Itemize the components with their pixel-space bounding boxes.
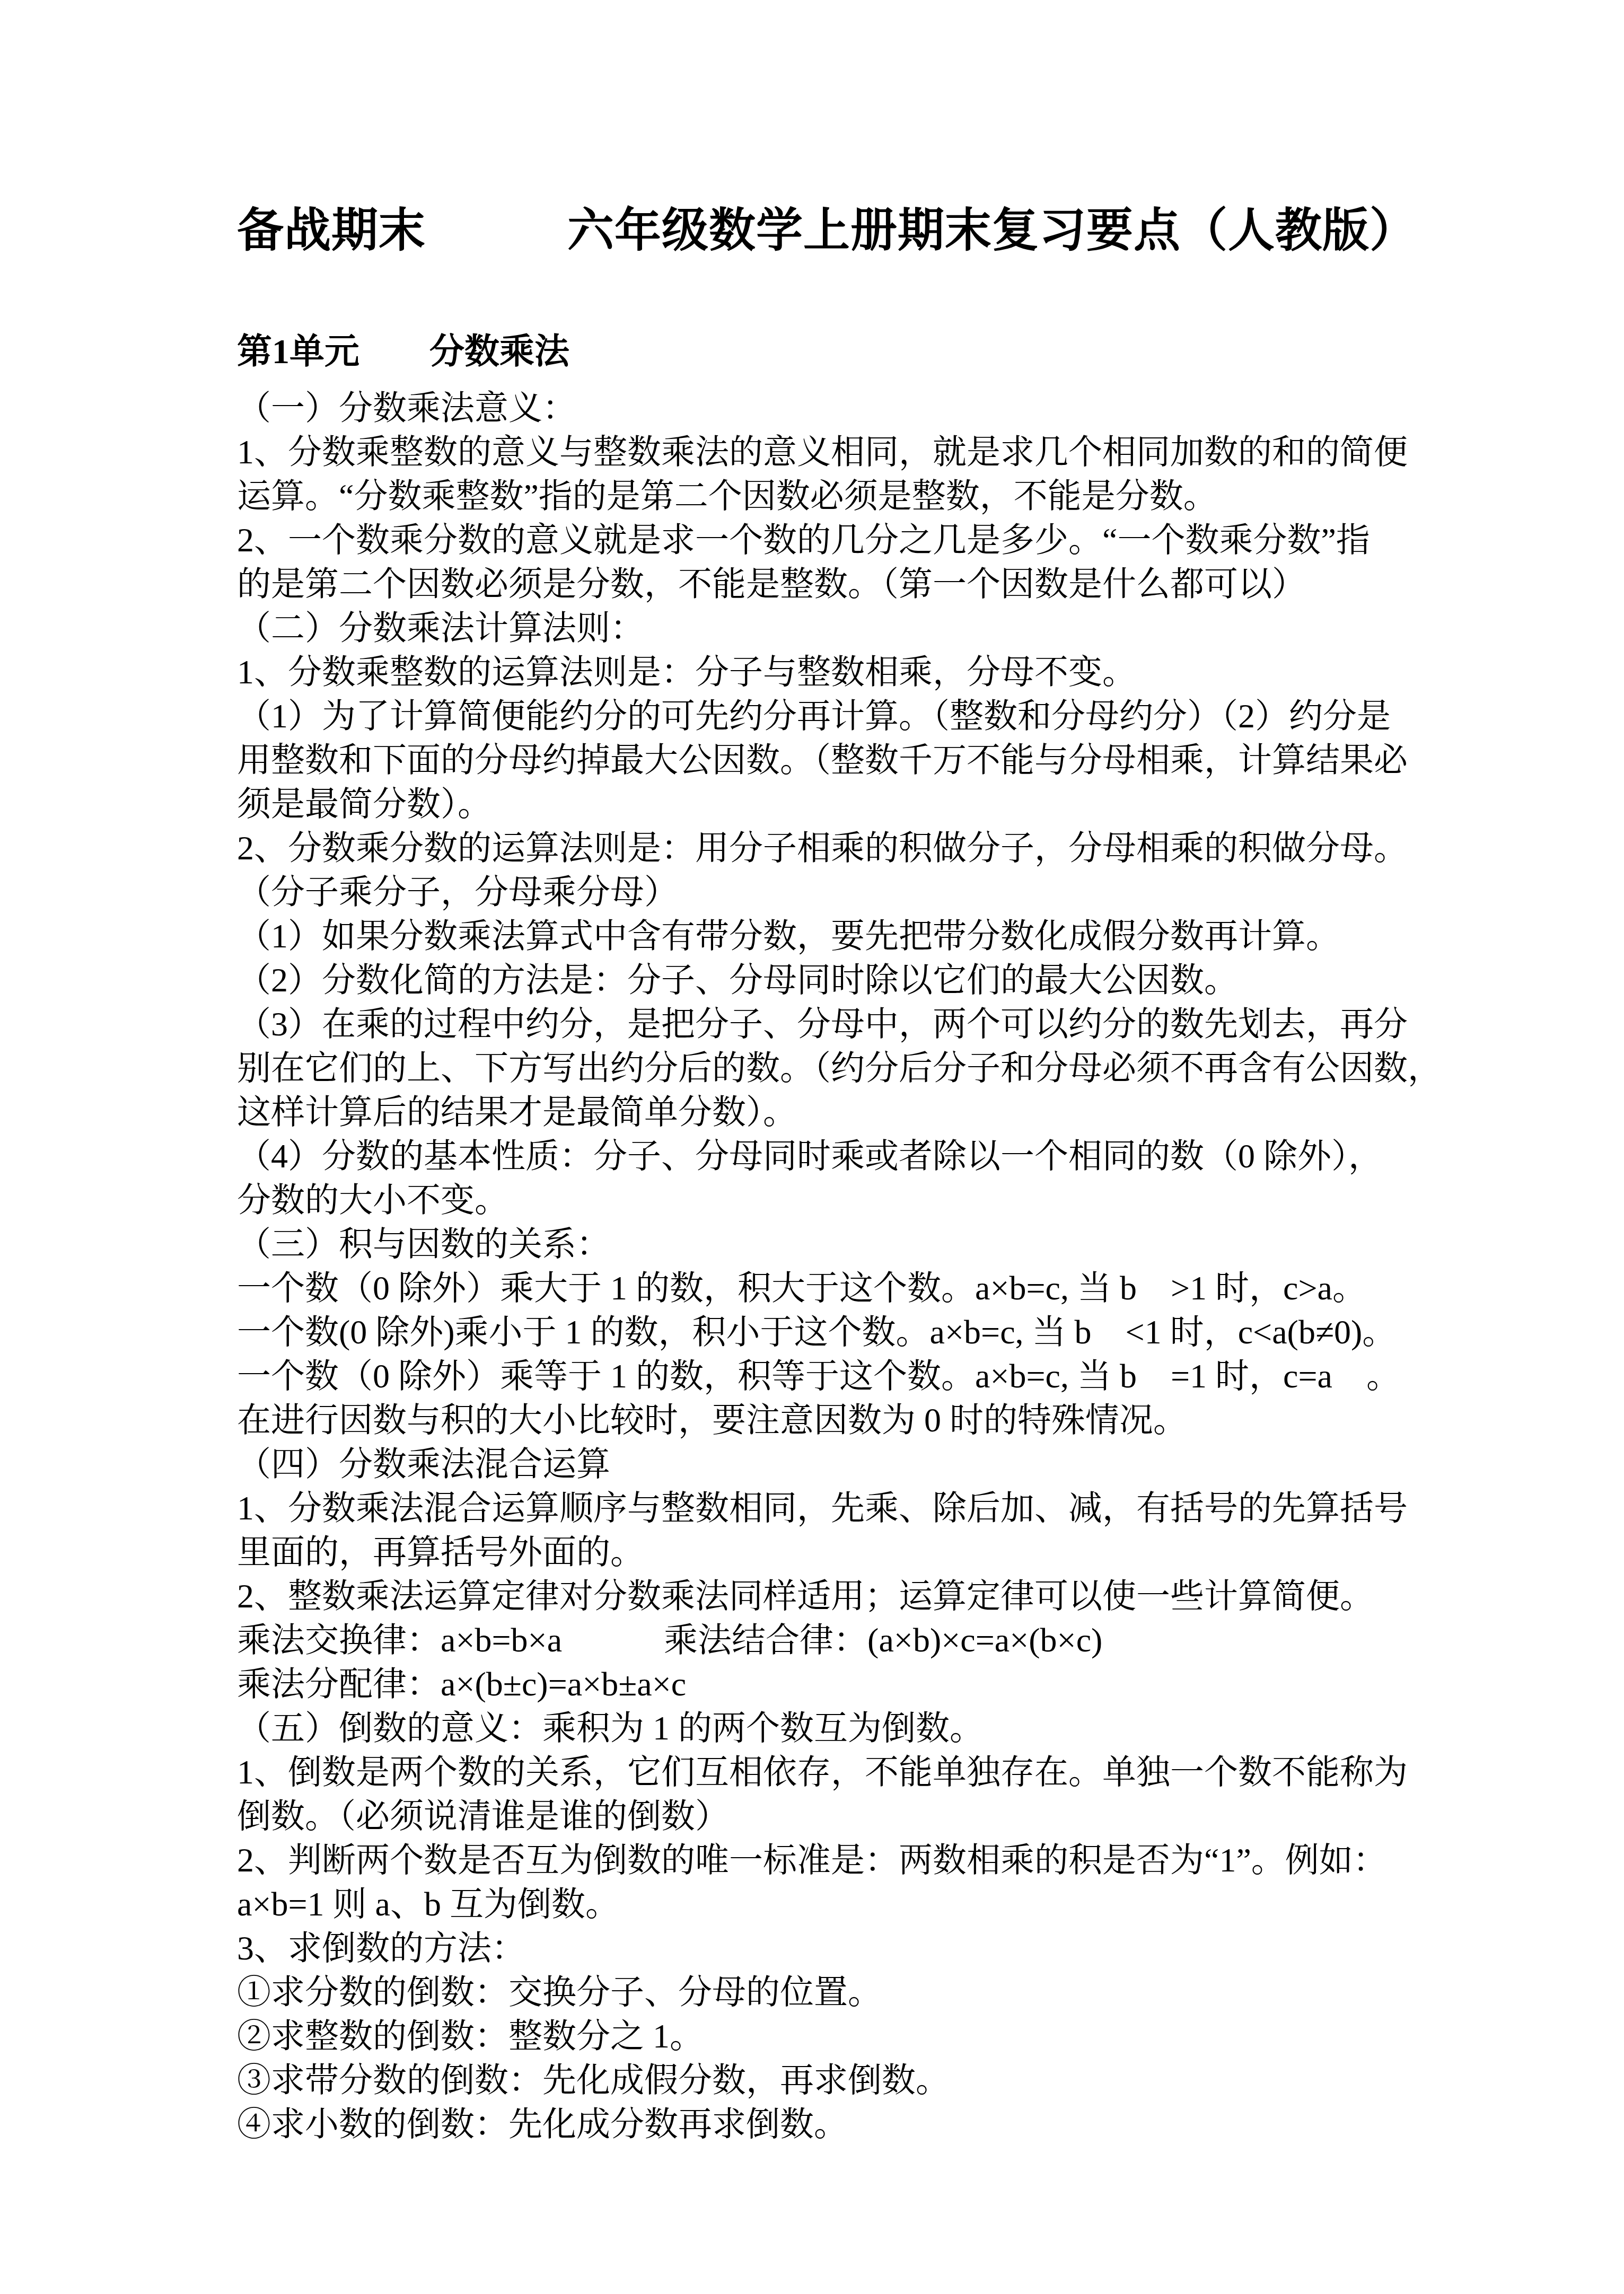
text-line: （二）分数乘法计算法则： bbox=[237, 606, 1465, 650]
document-title: 备战期末 六年级数学上册期末复习要点（人教版） bbox=[237, 204, 1465, 258]
text-line: 分数的大小不变。 bbox=[237, 1178, 1465, 1222]
text-line: （一）分数乘法意义： bbox=[237, 386, 1465, 430]
text-line: 用整数和下面的分母约掉最大公因数。（整数千万不能与分母相乘，计算结果必 bbox=[237, 738, 1465, 782]
text-line: 别在它们的上、下方写出约分后的数。（约分后分子和分母必须不再含有公因数， bbox=[237, 1046, 1465, 1090]
text-line: 3、求倒数的方法： bbox=[237, 1926, 1465, 1970]
text-line: 须是最简分数）。 bbox=[237, 782, 1465, 826]
text-line: ④求小数的倒数：先化成分数再求倒数。 bbox=[237, 2102, 1465, 2146]
text-line: 一个数(0 除外)乘小于 1 的数，积小于这个数。a×b=c, 当 b <1 时… bbox=[237, 1310, 1465, 1354]
text-line: （三）积与因数的关系： bbox=[237, 1222, 1465, 1266]
text-line: 里面的，再算括号外面的。 bbox=[237, 1530, 1465, 1574]
text-line: （2）分数化简的方法是：分子、分母同时除以它们的最大公因数。 bbox=[237, 958, 1465, 1002]
text-line: 2、整数乘法运算定律对分数乘法同样适用；运算定律可以使一些计算简便。 bbox=[237, 1574, 1465, 1618]
text-line: 乘法交换律：a×b=b×a 乘法结合律：(a×b)×c=a×(b×c) bbox=[237, 1618, 1465, 1662]
text-line: 1、分数乘法混合运算顺序与整数相同，先乘、除后加、减，有括号的先算括号 bbox=[237, 1486, 1465, 1530]
text-line: 一个数（0 除外）乘等于 1 的数，积等于这个数。a×b=c, 当 b =1 时… bbox=[237, 1354, 1465, 1398]
text-line: 的是第二个因数必须是分数，不能是整数。（第一个因数是什么都可以） bbox=[237, 562, 1465, 606]
text-line: a×b=1 则 a、b 互为倒数。 bbox=[237, 1882, 1465, 1926]
text-line: （分子乘分子，分母乘分母） bbox=[237, 870, 1465, 914]
text-line: （3）在乘的过程中约分，是把分子、分母中，两个可以约分的数先划去，再分 bbox=[237, 1002, 1465, 1046]
text-line: 1、分数乘整数的意义与整数乘法的意义相同，就是求几个相同加数的和的简便 bbox=[237, 430, 1465, 474]
text-line: （1）如果分数乘法算式中含有带分数，要先把带分数化成假分数再计算。 bbox=[237, 914, 1465, 958]
text-line: ②求整数的倒数：整数分之 1。 bbox=[237, 2014, 1465, 2058]
text-line: 1、倒数是两个数的关系，它们互相依存，不能单独存在。单独一个数不能称为 bbox=[237, 1750, 1465, 1794]
text-line: 2、分数乘分数的运算法则是：用分子相乘的积做分子，分母相乘的积做分母。 bbox=[237, 826, 1465, 870]
unit-heading: 第1单元 分数乘法 bbox=[237, 332, 1465, 372]
text-line: （1）为了计算简便能约分的可先约分再计算。（整数和分母约分）（2）约分是 bbox=[237, 694, 1465, 738]
text-line: 2、一个数乘分数的意义就是求一个数的几分之几是多少。“一个数乘分数”指 bbox=[237, 518, 1465, 562]
text-line: 2、判断两个数是否互为倒数的唯一标准是：两数相乘的积是否为“1”。例如： bbox=[237, 1838, 1465, 1882]
document-page: 备战期末 六年级数学上册期末复习要点（人教版） 第1单元 分数乘法 （一）分数乘… bbox=[0, 0, 1624, 2294]
text-line: （五）倒数的意义：乘积为 1 的两个数互为倒数。 bbox=[237, 1706, 1465, 1750]
text-line: （四）分数乘法混合运算 bbox=[237, 1442, 1465, 1486]
text-line: 一个数（0 除外）乘大于 1 的数，积大于这个数。a×b=c, 当 b >1 时… bbox=[237, 1266, 1465, 1310]
text-line: 倒数。（必须说清谁是谁的倒数） bbox=[237, 1794, 1465, 1838]
text-line: 这样计算后的结果才是最简单分数）。 bbox=[237, 1090, 1465, 1134]
text-line: 1、分数乘整数的运算法则是：分子与整数相乘，分母不变。 bbox=[237, 650, 1465, 694]
document-body: （一）分数乘法意义：1、分数乘整数的意义与整数乘法的意义相同，就是求几个相同加数… bbox=[237, 386, 1465, 2146]
text-line: 在进行因数与积的大小比较时，要注意因数为 0 时的特殊情况。 bbox=[237, 1398, 1465, 1442]
text-line: 乘法分配律：a×(b±c)=a×b±a×c bbox=[237, 1662, 1465, 1706]
text-line: ①求分数的倒数：交换分子、分母的位置。 bbox=[237, 1970, 1465, 2014]
text-line: 运算。“分数乘整数”指的是第二个因数必须是整数，不能是分数。 bbox=[237, 474, 1465, 518]
text-line: （4）分数的基本性质：分子、分母同时乘或者除以一个相同的数（0 除外）， bbox=[237, 1134, 1465, 1178]
text-line: ③求带分数的倒数：先化成假分数，再求倒数。 bbox=[237, 2058, 1465, 2102]
